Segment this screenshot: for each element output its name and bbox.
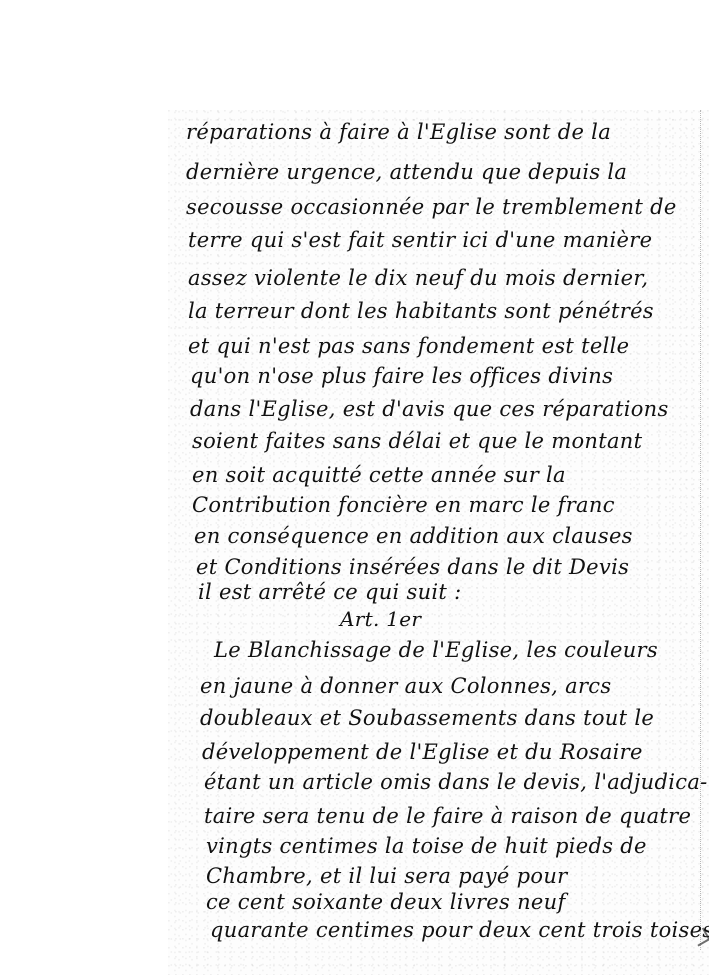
text-line: étant un article omis dans le devis, l'a… — [204, 772, 708, 793]
text-line: la terreur dont les habitants sont pénét… — [188, 301, 654, 322]
text-line: en jaune à donner aux Colonnes, arcs — [200, 676, 611, 697]
text-line: développement de l'Eglise et du Rosaire — [202, 742, 643, 763]
text-line: ce cent soixante deux livres neuf — [206, 892, 566, 913]
manuscript-page: réparations à faire à l'Eglise sont de l… — [0, 0, 709, 975]
text-line: en conséquence en addition aux clauses — [194, 526, 633, 547]
text-line: assez violente le dix neuf du mois derni… — [188, 268, 648, 289]
text-line: Le Blanchissage de l'Eglise, les couleur… — [214, 640, 658, 661]
text-line: doubleaux et Soubassements dans tout le — [200, 708, 654, 729]
text-line: taire sera tenu de le faire à raison de … — [204, 806, 691, 827]
text-line: réparations à faire à l'Eglise sont de l… — [186, 122, 611, 143]
text-line: qu'on n'ose plus faire les offices divin… — [190, 366, 613, 387]
article-heading: Art. 1er — [340, 609, 421, 629]
text-line: et qui n'est pas sans fondement est tell… — [188, 336, 629, 357]
text-line: terre qui s'est fait sentir ici d'une ma… — [188, 230, 652, 251]
text-line: dans l'Eglise, est d'avis que ces répara… — [190, 399, 669, 420]
text-line: en soit acquitté cette année sur la — [192, 465, 566, 486]
text-line: secousse occasionnée par le tremblement … — [186, 197, 677, 218]
text-line: et Conditions insérées dans le dit Devis — [196, 557, 629, 578]
text-line: quarante centimes pour deux cent trois t… — [210, 920, 709, 941]
text-line: Chambre, et il lui sera payé pour — [206, 866, 568, 887]
text-line: il est arrêté ce qui suit : — [198, 582, 462, 603]
page-edge-divider — [700, 110, 703, 950]
text-line: dernière urgence, attendu que depuis la — [186, 162, 627, 183]
text-line: Contribution foncière en marc le franc — [192, 495, 615, 516]
text-line: soient faites sans délai et que le monta… — [192, 431, 642, 452]
text-line: vingts centimes la toise de huit pieds d… — [206, 836, 647, 857]
